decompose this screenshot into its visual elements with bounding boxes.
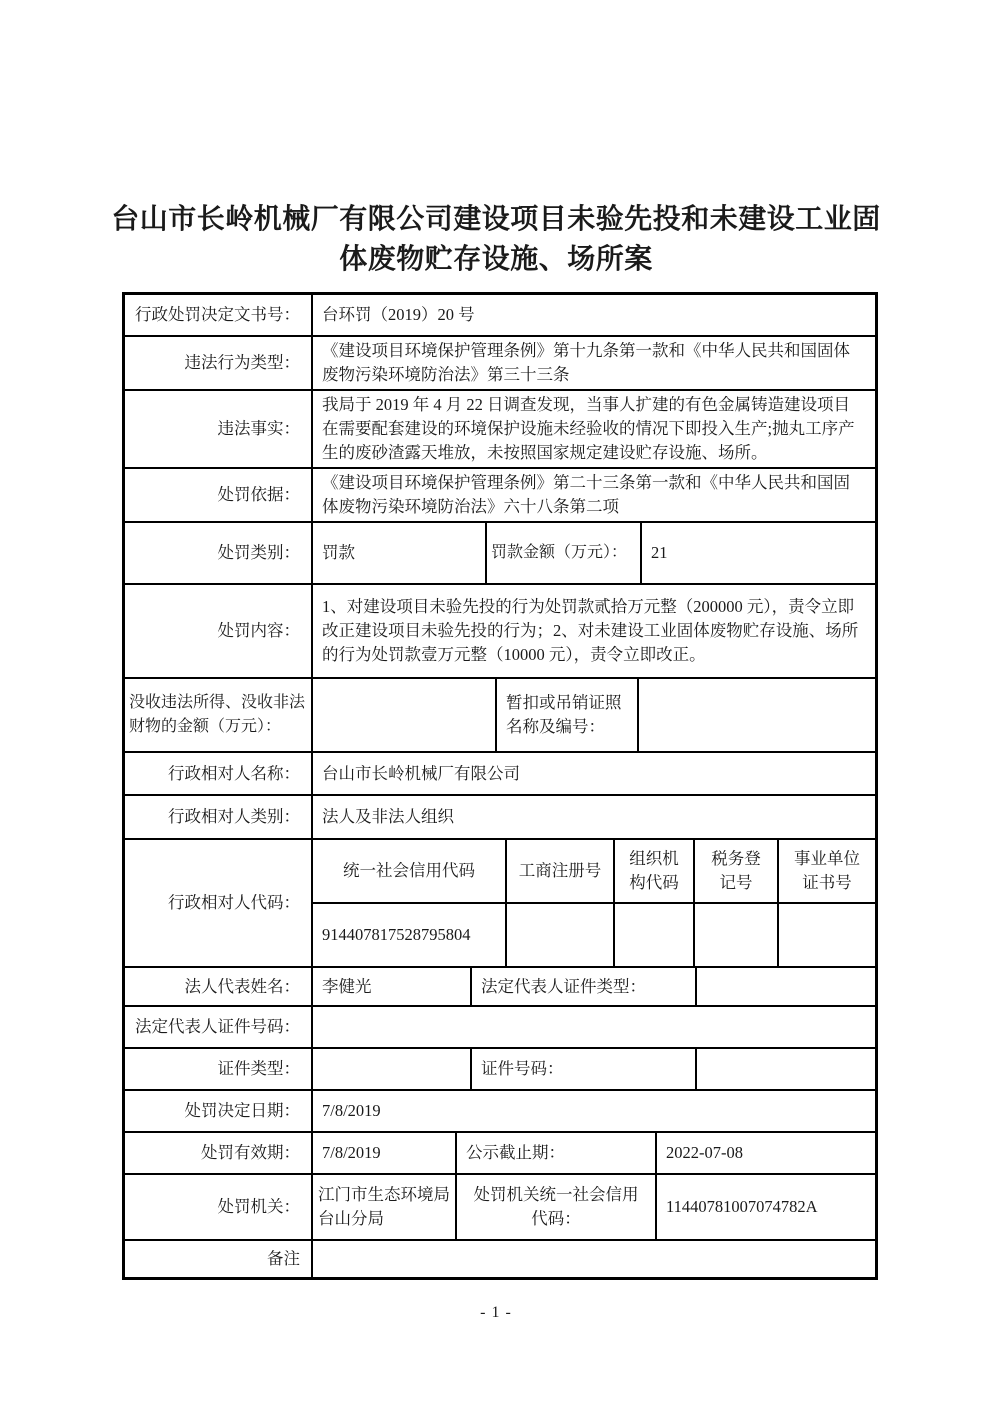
row-party-codes: 行政相对人代码： 统一社会信用代码 工商注册号 组织机构代码 税务登记号 事业单… [125,840,875,968]
row-penalty-basis: 处罚依据： 《建设项目环境保护管理条例》第二十三条第一款和《中华人民共和国固体废… [125,469,875,523]
confiscation-value [313,679,497,751]
publicity-deadline-value: 2022-07-08 [657,1133,875,1173]
violation-type-value: 《建设项目环境保护管理条例》第十九条第一款和《中华人民共和国固体废物污染环境防治… [313,337,875,389]
authority-credit-code-label: 处罚机关统一社会信用代码： [457,1175,657,1239]
page-number: - 1 - [0,1304,992,1322]
row-legal-rep-cert-no: 法定代表人证件号码： [125,1007,875,1049]
license-revocation-value [639,679,875,751]
row-party-name: 行政相对人名称： 台山市长岭机械厂有限公司 [125,753,875,796]
party-type-value: 法人及非法人组织 [313,796,875,838]
penalty-basis-value: 《建设项目环境保护管理条例》第二十三条第一款和《中华人民共和国固体废物污染环境防… [313,469,875,521]
row-violation-facts: 违法事实： 我局于 2019 年 4 月 22 日调查发现，当事人扩建的有色金属… [125,391,875,469]
penalty-content-value: 1、对建设项目未验先投的行为处罚款贰拾万元整（200000 元），责令立即改正建… [313,585,875,677]
validity-label: 处罚有效期： [125,1133,313,1173]
authority-value: 江门市生态环境局台山分局 [313,1175,457,1239]
decision-date-value: 7/8/2019 [313,1091,875,1131]
row-doc-no: 行政处罚决定文书号： 台环罚（2019）20 号 [125,295,875,337]
col-header-institution-cert-no: 事业单位证书号 [779,840,875,902]
party-codes-label: 行政相对人代码： [125,840,313,966]
cert-no-label: 证件号码： [472,1049,697,1089]
row-penalty-content: 处罚内容： 1、对建设项目未验先投的行为处罚款贰拾万元整（200000 元），责… [125,585,875,679]
penalty-category-label: 处罚类别： [125,523,313,583]
authority-credit-code-value: 11440781007074782A [657,1175,875,1239]
legal-rep-cert-type-label: 法定代表人证件类型： [472,968,697,1005]
penalty-category-value: 罚款 [313,523,487,583]
legal-rep-cert-no-value [313,1007,875,1047]
row-confiscation: 没收违法所得、没收非法财物的金额（万元）： 暂扣或吊销证照名称及编号： [125,679,875,753]
party-type-label: 行政相对人类别： [125,796,313,838]
col-header-unified-credit-code: 统一社会信用代码 [313,840,507,902]
legal-rep-name-value: 李健光 [313,968,472,1005]
row-validity: 处罚有效期： 7/8/2019 公示截止期： 2022-07-08 [125,1133,875,1175]
cert-type-label: 证件类型： [125,1049,313,1089]
tax-reg-no-value [695,904,779,966]
business-reg-no-value [507,904,615,966]
legal-rep-cert-no-label: 法定代表人证件号码： [125,1007,313,1047]
row-penalty-category: 处罚类别： 罚款 罚款金额（万元）： 21 [125,523,875,585]
validity-value: 7/8/2019 [313,1133,457,1173]
legal-rep-name-label: 法人代表姓名： [125,968,313,1005]
col-header-tax-reg-no: 税务登记号 [695,840,779,902]
party-codes-value-row: 914407817528795804 [313,904,875,966]
document-page: 台山市长岭机械厂有限公司建设项目未验先投和未建设工业固 体废物贮存设施、场所案 … [0,0,992,1403]
row-decision-date: 处罚决定日期： 7/8/2019 [125,1091,875,1133]
penalty-amount-label: 罚款金额（万元）： [487,523,642,583]
row-cert: 证件类型： 证件号码： [125,1049,875,1091]
confiscation-label: 没收违法所得、没收非法财物的金额（万元）： [125,679,313,751]
remarks-value [313,1241,875,1277]
org-code-value [615,904,695,966]
document-title: 台山市长岭机械厂有限公司建设项目未验先投和未建设工业固 体废物贮存设施、场所案 [86,0,906,280]
violation-type-label: 违法行为类型： [125,337,313,389]
row-remarks: 备注 [125,1241,875,1277]
penalty-content-label: 处罚内容： [125,585,313,677]
authority-label: 处罚机关： [125,1175,313,1239]
violation-facts-value: 我局于 2019 年 4 月 22 日调查发现，当事人扩建的有色金属铸造建设项目… [313,391,875,467]
cert-type-value [313,1049,472,1089]
document-title-line-1: 台山市长岭机械厂有限公司建设项目未验先投和未建设工业固 [86,200,906,240]
legal-rep-cert-type-value [697,968,875,1005]
party-name-label: 行政相对人名称： [125,753,313,794]
penalty-basis-label: 处罚依据： [125,469,313,521]
document-title-line-2: 体废物贮存设施、场所案 [86,240,906,280]
doc-no-value: 台环罚（2019）20 号 [313,295,875,335]
violation-facts-label: 违法事实： [125,391,313,467]
doc-no-label: 行政处罚决定文书号： [125,295,313,335]
party-name-value: 台山市长岭机械厂有限公司 [313,753,875,794]
license-revocation-label: 暂扣或吊销证照名称及编号： [497,679,639,751]
party-codes-grid: 统一社会信用代码 工商注册号 组织机构代码 税务登记号 事业单位证书号 9144… [313,840,875,966]
row-authority: 处罚机关： 江门市生态环境局台山分局 处罚机关统一社会信用代码： 1144078… [125,1175,875,1241]
penalty-decision-table: 行政处罚决定文书号： 台环罚（2019）20 号 违法行为类型： 《建设项目环境… [122,292,878,1280]
party-codes-header-row: 统一社会信用代码 工商注册号 组织机构代码 税务登记号 事业单位证书号 [313,840,875,904]
institution-cert-no-value [779,904,875,966]
row-legal-rep: 法人代表姓名： 李健光 法定代表人证件类型： [125,968,875,1007]
penalty-amount-value: 21 [642,523,875,583]
row-violation-type: 违法行为类型： 《建设项目环境保护管理条例》第十九条第一款和《中华人民共和国固体… [125,337,875,391]
col-header-org-code: 组织机构代码 [615,840,695,902]
unified-credit-code-value: 914407817528795804 [313,904,507,966]
cert-no-value [697,1049,875,1089]
col-header-business-reg-no: 工商注册号 [507,840,615,902]
publicity-deadline-label: 公示截止期： [457,1133,657,1173]
remarks-label: 备注 [125,1241,313,1277]
row-party-type: 行政相对人类别： 法人及非法人组织 [125,796,875,840]
decision-date-label: 处罚决定日期： [125,1091,313,1131]
